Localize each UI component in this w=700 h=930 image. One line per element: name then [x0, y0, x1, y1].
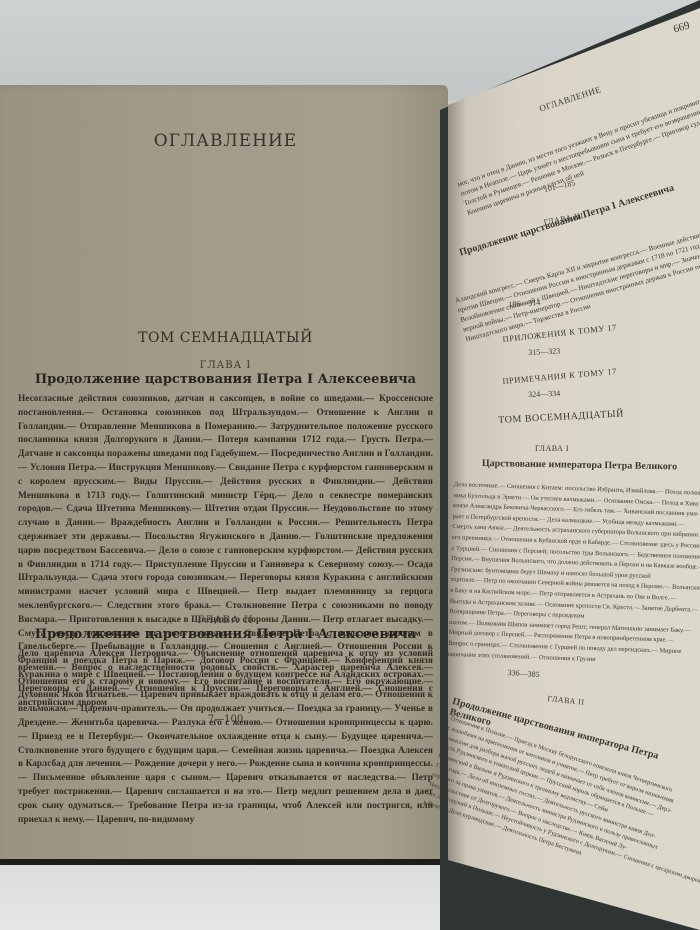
toc-title: ОГЛАВЛЕНИЕ [18, 131, 433, 151]
chapter-label: ГЛАВА I [18, 360, 433, 371]
chapter-title: Продолжение царствования Петра I Алексее… [18, 372, 433, 387]
chapter-summary: Дела восточные.— Сношения с Китаем: посо… [448, 480, 700, 669]
notes-title: ПРИМЕЧАНИЯ К ТОМУ 17 [502, 366, 617, 386]
left-page: ОГЛАВЛЕНИЕ ТОМ СЕМНАДЦАТЫЙ ГЛАВА I Продо… [0, 85, 448, 865]
chapter-2: ГЛАВА II Продолжение царствования Петра … [18, 615, 433, 827]
page-range: 315—323 [528, 346, 560, 357]
page-bottom-shadow [0, 859, 448, 865]
page-range: 336—385 [507, 668, 540, 679]
page-number: 669 [672, 19, 691, 35]
running-head: ОГЛАВЛЕНИЕ [538, 84, 602, 113]
volume-title: ТОМ ВОСЕМНАДЦАТЫЙ [498, 408, 624, 426]
page-range: 324—334 [528, 389, 560, 399]
chapter-label: ГЛАВА II [18, 615, 433, 626]
volume-title: ТОМ СЕМНАДЦАТЫЙ [18, 330, 433, 346]
chapter-summary: Дело царевича Алексея Петровича.— Объясн… [18, 648, 433, 827]
chapter-title: Продолжение царствования Петра I Алексее… [18, 627, 433, 642]
right-page-content: 669 ОГЛАВЛЕНИЕ мог, что и отец в Данию, … [458, 0, 698, 930]
chapter-label: ГЛАВА I [535, 444, 569, 453]
chapter-label: ГЛАВА II [547, 694, 585, 707]
chapter-title: Царствование императора Петра Великого [482, 458, 677, 472]
